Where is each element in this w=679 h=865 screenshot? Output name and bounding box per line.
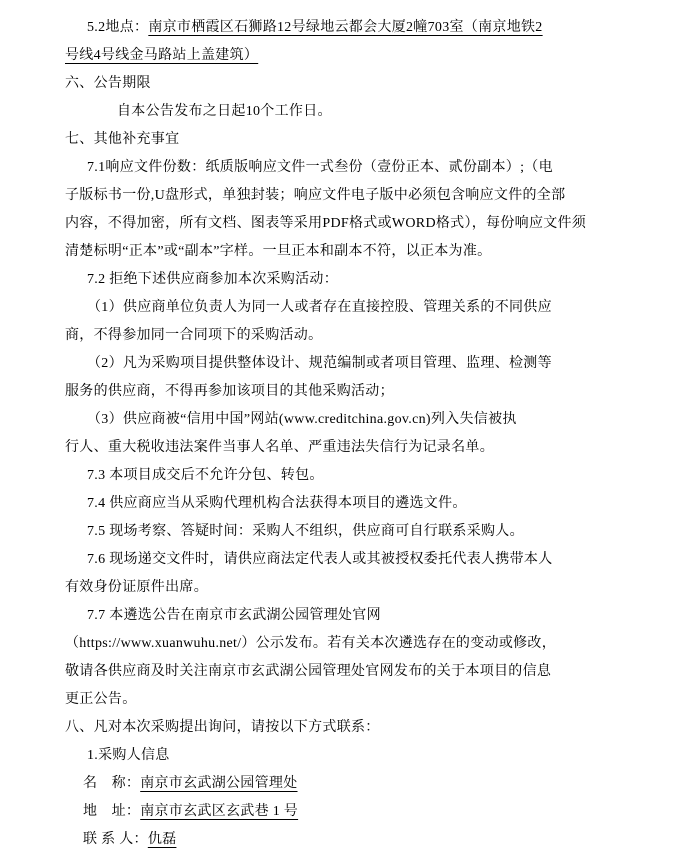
document-line: 自本公告发布之日起10个工作日。 — [65, 98, 621, 126]
document-line: （https://www.xuanwuhu.net/）公示发布。若有关本次遴选存… — [65, 630, 621, 658]
document-line: 7.4 供应商应当从采购代理机构合法获得本项目的遴选文件。 — [65, 490, 621, 518]
text-run: 地 址： — [83, 804, 140, 819]
text-run: 商，不得参加同一合同项下的采购活动。 — [65, 328, 322, 343]
document-line: 服务的供应商，不得再参加该项目的其他采购活动； — [65, 378, 621, 406]
text-run: 八、凡对本次采购提出询问，请按以下方式联系： — [65, 720, 380, 735]
document-line: 7.7 本遴选公告在南京市玄武湖公园管理处官网 — [65, 602, 621, 630]
document-line: 7.6 现场递交文件时，请供应商法定代表人或其被授权委托代表人携带本人 — [65, 546, 621, 574]
text-run: 敬请各供应商及时关注南京市玄武湖公园管理处官网发布的关于本项目的信息 — [65, 664, 551, 679]
text-run: 7.3 本项目成交后不允许分包、转包。 — [87, 468, 324, 483]
text-run: 七、其他补充事宜 — [65, 132, 179, 147]
document-line: 7.5 现场考察、答疑时间：采购人不组织，供应商可自行联系采购人。 — [65, 518, 621, 546]
document-line: 行人、重大税收违法案件当事人名单、严重违法失信行为记录名单。 — [65, 434, 621, 462]
document-line: 号线4号线金马路站上盖建筑） — [65, 42, 621, 70]
document-line: （1）供应商单位负责人为同一人或者存在直接控股、管理关系的不同供应 — [65, 294, 621, 322]
document-line: 内容，不得加密，所有文档、图表等采用PDF格式或WORD格式），每份响应文件须 — [65, 210, 621, 238]
document-line: 地 址：南京市玄武区玄武巷 1 号 — [65, 798, 621, 826]
document-line: 子版标书一份,U盘形式，单独封装；响应文件电子版中必须包含响应文件的全部 — [65, 182, 621, 210]
document-line: 名 称：南京市玄武湖公园管理处 — [65, 770, 621, 798]
text-run: 六、公告期限 — [65, 76, 151, 91]
text-run: 5.2地点： — [87, 20, 148, 35]
text-run: （1）供应商单位负责人为同一人或者存在直接控股、管理关系的不同供应 — [87, 300, 552, 315]
document-line: 商，不得参加同一合同项下的采购活动。 — [65, 322, 621, 350]
document-line: 敬请各供应商及时关注南京市玄武湖公园管理处官网发布的关于本项目的信息 — [65, 658, 621, 686]
document-line: 六、公告期限 — [65, 70, 621, 98]
text-run: 自本公告发布之日起10个工作日。 — [117, 104, 332, 119]
document-line: 有效身份证原件出席。 — [65, 574, 621, 602]
text-run: 7.7 本遴选公告在南京市玄武湖公园管理处官网 — [87, 608, 381, 623]
underlined-text: 南京市玄武区玄武巷 1 号 — [140, 804, 298, 819]
text-run: （2）凡为采购项目提供整体设计、规范编制或者项目管理、监理、检测等 — [87, 356, 552, 371]
text-run: 更正公告。 — [65, 692, 137, 707]
text-run: 内容，不得加密，所有文档、图表等采用PDF格式或WORD格式），每份响应文件须 — [65, 216, 586, 231]
text-run: 联 系 人： — [83, 832, 148, 847]
text-run: 7.2 拒绝下述供应商参加本次采购活动： — [87, 272, 338, 287]
text-run: 1.采购人信息 — [87, 748, 170, 763]
document-body: 5.2地点：南京市栖霞区石狮路12号绿地云都会大厦2幢703室（南京地铁2号线4… — [65, 14, 621, 854]
document-line: （2）凡为采购项目提供整体设计、规范编制或者项目管理、监理、检测等 — [65, 350, 621, 378]
text-run: 行人、重大税收违法案件当事人名单、严重违法失信行为记录名单。 — [65, 440, 494, 455]
document-line: 7.3 本项目成交后不允许分包、转包。 — [65, 462, 621, 490]
underlined-text: 仇磊 — [148, 832, 177, 847]
underlined-text: 南京市玄武湖公园管理处 — [140, 776, 297, 791]
text-run: 7.5 现场考察、答疑时间：采购人不组织，供应商可自行联系采购人。 — [87, 524, 524, 539]
document-line: 7.2 拒绝下述供应商参加本次采购活动： — [65, 266, 621, 294]
text-run: 子版标书一份,U盘形式，单独封装；响应文件电子版中必须包含响应文件的全部 — [65, 188, 565, 203]
document-line: 清楚标明“正本”或“副本”字样。一旦正本和副本不符，以正本为准。 — [65, 238, 621, 266]
text-run: （https://www.xuanwuhu.net/）公示发布。若有关本次遴选存… — [65, 636, 556, 651]
text-run: 7.4 供应商应当从采购代理机构合法获得本项目的遴选文件。 — [87, 496, 467, 511]
text-run: 清楚标明“正本”或“副本”字样。一旦正本和副本不符，以正本为准。 — [65, 244, 491, 259]
text-run: （3）供应商被“信用中国”网站(www.creditchina.gov.cn)列… — [87, 412, 517, 427]
text-run: 名 称： — [83, 776, 140, 791]
text-run: 7.1响应文件份数：纸质版响应文件一式叁份（壹份正本、贰份副本）;（电 — [87, 160, 553, 175]
document-line: 7.1响应文件份数：纸质版响应文件一式叁份（壹份正本、贰份副本）;（电 — [65, 154, 621, 182]
text-run: 服务的供应商，不得再参加该项目的其他采购活动； — [65, 384, 394, 399]
document-line: （3）供应商被“信用中国”网站(www.creditchina.gov.cn)列… — [65, 406, 621, 434]
document-line: 七、其他补充事宜 — [65, 126, 621, 154]
document-line: 更正公告。 — [65, 686, 621, 714]
underlined-text: 号线4号线金马路站上盖建筑） — [65, 48, 258, 63]
document-line: 1.采购人信息 — [65, 742, 621, 770]
document-line: 联 系 人：仇磊 — [65, 826, 621, 854]
document-line: 5.2地点：南京市栖霞区石狮路12号绿地云都会大厦2幢703室（南京地铁2 — [65, 14, 621, 42]
text-run: 7.6 现场递交文件时，请供应商法定代表人或其被授权委托代表人携带本人 — [87, 552, 553, 567]
underlined-text: 南京市栖霞区石狮路12号绿地云都会大厦2幢703室（南京地铁2 — [148, 20, 542, 35]
text-run: 有效身份证原件出席。 — [65, 580, 208, 595]
document-line: 八、凡对本次采购提出询问，请按以下方式联系： — [65, 714, 621, 742]
procurement-notice-page: 5.2地点：南京市栖霞区石狮路12号绿地云都会大厦2幢703室（南京地铁2号线4… — [0, 0, 679, 865]
